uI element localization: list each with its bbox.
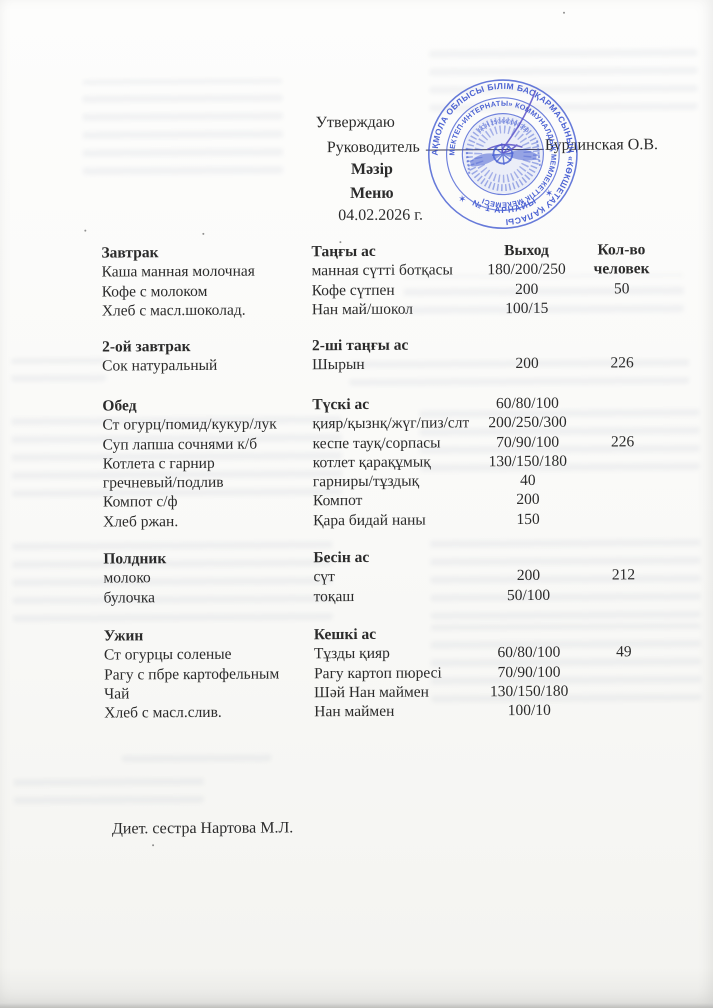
menu-cell-kz: Тұзды қияр	[314, 645, 486, 664]
menu-cell-out: 70/90/100	[463, 433, 593, 452]
menu-cell-kz: Нан маймен	[314, 702, 486, 721]
menu-cell-cnt: 226	[583, 433, 663, 451]
menu-cell-ru: Ужин	[104, 626, 316, 645]
menu-cell-ru: Сок натуральный	[102, 357, 314, 376]
menu-table: ЗавтракТаңғы асВыходКол-воКаша манная мо…	[0, 0, 710, 2]
menu-cell-kz: Бесін ас	[313, 548, 485, 567]
role-label: Руководитель	[327, 139, 420, 158]
menu-cell-kz: Кешкі ас	[314, 625, 486, 644]
menu-cell-out: 180/200/250	[462, 261, 592, 280]
menu-cell-kz: Түскі ас	[312, 395, 484, 414]
menu-cell-ru: Ст огурц/помид/кукур/лук	[102, 416, 314, 435]
menu-cell-kz: котлет қарақұмық	[313, 453, 485, 472]
menu-cell-out: 150	[463, 510, 593, 529]
handwritten-signature	[417, 79, 598, 200]
menu-cell-out: 200	[463, 491, 593, 510]
menu-cell-kz: гарниры/тұздық	[313, 472, 485, 491]
menu-cell-kz: Шәй Нан маймен	[314, 683, 486, 702]
menu-cell-out: 50/100	[464, 586, 594, 605]
menu-cell-kz: манная сүтті ботқасы	[312, 262, 484, 281]
bleed-through-text	[14, 769, 204, 804]
menu-cell-ru: булочка	[104, 588, 316, 607]
menu-cell-kz: Шырын	[312, 356, 484, 375]
scan-speck	[152, 844, 154, 846]
menu-cell-ru: Обед	[102, 396, 314, 415]
menu-cell-kz: Кофе сүтпен	[312, 281, 484, 300]
menu-cell-out: Выход	[461, 242, 591, 261]
menu-cell-ru: Хлеб ржан.	[103, 512, 315, 531]
menu-cell-kz: сүт	[313, 568, 485, 587]
menu-cell-cnt: 50	[582, 280, 662, 298]
menu-cell-kz: Таңғы ас	[311, 242, 483, 261]
menu-cell-ru: молоко	[103, 569, 315, 588]
menu-cell-ru: гречневый/подлив	[103, 473, 315, 492]
title-russian: Меню	[350, 185, 394, 203]
menu-cell-ru: Суп лапша сочнями к/б	[103, 435, 315, 454]
scan-speck	[84, 230, 86, 232]
menu-cell-kz: Нан май/шокол	[312, 300, 484, 319]
menu-cell-ru: Чай	[104, 684, 316, 703]
menu-cell-ru: Ст огурцы соленые	[104, 646, 316, 665]
menu-cell-kz: кеспе тауқ/сорпасы	[313, 434, 485, 453]
menu-cell-out: 130/150/180	[463, 452, 593, 471]
menu-row: Хлеб с масл.шоколад.Нан май/шокол100/15	[0, 299, 712, 323]
menu-cell-cnt: 49	[584, 643, 664, 661]
section-snack: ПолдникБесін асмолокосүт200212булочкатоқ…	[0, 547, 713, 609]
menu-cell-ru: Завтрак	[101, 243, 313, 262]
document-content: Утверждаю Руководитель Бурдинская О.В. М…	[0, 0, 713, 1008]
menu-cell-out: 200	[463, 567, 593, 586]
menu-cell-ru: 2-ой завтрак	[102, 337, 314, 356]
menu-cell-out: 60/80/100	[464, 644, 594, 663]
menu-date: 04.02.2026 г.	[338, 207, 423, 226]
menu-cell-ru: Каша манная молочная	[102, 263, 314, 282]
menu-cell-out: 200	[462, 280, 592, 299]
menu-cell-kz: 2-ші таңғы ас	[312, 336, 484, 355]
menu-row: Хлеб с масл.слив.Нан маймен100/10	[1, 701, 713, 725]
menu-cell-kz: қияр/қызнқ/жүг/пиз/слт	[312, 415, 484, 434]
menu-cell-kz: Рагу картоп пюресі	[314, 664, 486, 683]
menu-cell-ru: Рагу с пбре картофельным	[104, 665, 316, 684]
bleed-through-text	[82, 78, 283, 174]
menu-cell-ru: Хлеб с масл.слив.	[104, 703, 316, 722]
scan-speck	[563, 12, 565, 14]
bleed-through-text	[121, 746, 271, 763]
section-dinner: УжинКешкі асСт огурцы соленыеТұзды қияр6…	[1, 624, 713, 725]
menu-cell-cnt: Кол-во	[581, 241, 661, 259]
menu-cell-out: 200/250/300	[462, 414, 592, 433]
scan-shadow-edge	[0, 1003, 713, 1008]
menu-cell-ru: Компот с/ф	[103, 493, 315, 512]
menu-cell-kz: Қара бидай наны	[313, 511, 485, 530]
section-breakfast: ЗавтракТаңғы асВыходКол-воКаша манная мо…	[0, 241, 712, 323]
menu-cell-out: 130/150/180	[464, 682, 594, 701]
menu-cell-cnt: 212	[583, 566, 663, 584]
approve-label: Утверждаю	[316, 114, 395, 132]
menu-cell-ru: Кофе с молоком	[102, 282, 314, 301]
menu-cell-out: 60/80/100	[462, 395, 592, 414]
menu-cell-kz: Компот	[313, 492, 485, 511]
scan-speck	[202, 233, 204, 235]
menu-cell-out: 40	[463, 472, 593, 491]
menu-cell-cnt: 226	[582, 354, 662, 372]
menu-cell-ru: Котлета с гарнир	[103, 454, 315, 473]
title-kazakh: Мәзір	[351, 161, 393, 179]
dietitian-signature: Диет. сестра Нартова М.Л.	[112, 819, 293, 838]
menu-cell-kz: тоқаш	[314, 587, 486, 606]
section-breakfast2: 2-ой завтрак2-ші таңғы асСок натуральный…	[0, 335, 712, 378]
menu-cell-out: 200	[462, 355, 592, 374]
menu-cell-cnt: человек	[582, 260, 662, 278]
menu-cell-out: 100/15	[462, 299, 592, 318]
menu-cell-ru: Полдник	[103, 549, 315, 568]
section-lunch: ОбедТүскі ас60/80/100Ст огурц/помид/куку…	[0, 394, 713, 533]
scanned-document-page: Утверждаю Руководитель Бурдинская О.В. М…	[0, 0, 713, 1008]
menu-cell-ru: Хлеб с масл.шоколад.	[102, 301, 314, 320]
menu-cell-out: 70/90/100	[464, 663, 594, 682]
menu-cell-out: 100/10	[464, 702, 594, 721]
